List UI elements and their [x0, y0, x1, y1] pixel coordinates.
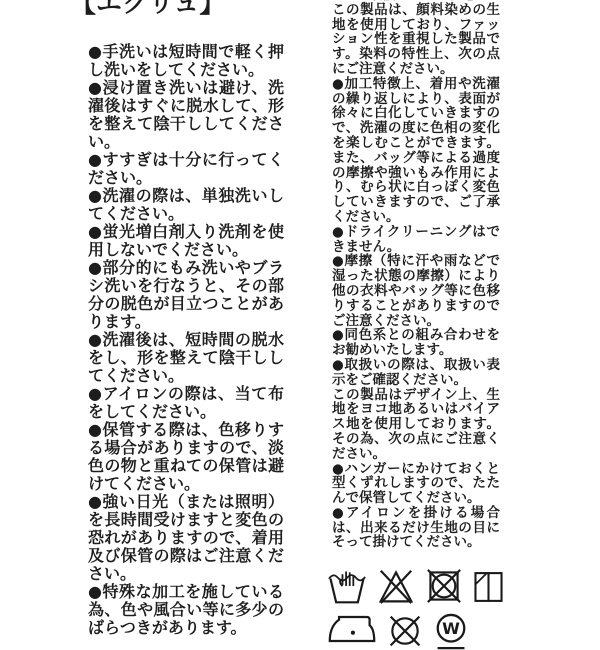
page-title: 【エクリュ】 [70, 0, 270, 20]
laundry-care-symbols: W [327, 567, 505, 650]
wet-cleaning-icon: W [433, 612, 469, 650]
hand-wash-icon [327, 567, 367, 605]
note-item: ●加工特徴上、着用や洗濯の繰り返しにより、表面が徐々に白化していきますので、洗濯… [332, 77, 500, 225]
care-column-left: ●手洗いは短時間で軽く押し洗いをしてください。 ●浸け置き洗いは避け、洗濯後はす… [88, 43, 284, 637]
care-instruction-item: ●アイロンの際は、当て布をしてください。 [88, 385, 284, 421]
care-instruction-item: ●蛍光増白剤入り洗剤を使用しないでください。 [88, 223, 284, 259]
note-item: ●ハンガーにかけておくと型くずれしますので、たたんで保管してください。 [332, 462, 500, 506]
care-instruction-item: ●強い日光（または照明）を長時間受けますと変色の恐れがありますので、着用及び保管… [88, 493, 284, 583]
svg-text:W: W [442, 619, 460, 638]
care-instruction-item: ●すすぎは十分に行ってください。 [88, 151, 284, 187]
note-item: ●ドライクリーニングはできません。 [332, 225, 500, 255]
do-not-bleach-icon [376, 567, 416, 605]
care-instruction-item: ●特殊な加工を施している為、色や風合い等に多少のばらつきがあります。 [88, 583, 284, 637]
do-not-dry-clean-icon [386, 612, 424, 650]
note-item: ●同色系との組み合わせをお勧めいたします。 [332, 328, 500, 358]
care-instruction-item: ●部分的にもみ洗いやブラシ洗いを行なうと、その部分の脱色が目立つことがあります。 [88, 259, 284, 331]
note-item: ●摩擦（特に汗や雨などで湿った状態の摩擦）により他の衣料やバッグ等に色移りするこ… [332, 254, 500, 328]
care-instruction-item: ●手洗いは短時間で軽く押し洗いをしてください。 [88, 43, 284, 79]
note-item: ●アイロンを掛ける場合は、出来るだけ生地の目にそって掛けてください。 [332, 506, 500, 550]
care-symbols-row-1 [327, 567, 505, 605]
iron-low-heat-icon [327, 612, 377, 646]
notes-column-right: お取扱い上のご注意 この製品は、顔料染めの生地を使用しており、ファッション性を重… [332, 0, 500, 550]
shade-line-dry-icon [472, 569, 505, 605]
care-instruction-item: ●保管する際は、色移りする場合がありますので、淡色の物と重ねての保管は避けてくだ… [88, 421, 284, 493]
do-not-tumble-dry-icon [425, 567, 463, 605]
care-instruction-item: ●浸け置き洗いは避け、洗濯後はすぐに脱水して、形を整えて陰干ししてください。 [88, 79, 284, 151]
care-instructions-page: 【エクリュ】 ●手洗いは短時間で軽く押し洗いをしてください。 ●浸け置き洗いは避… [0, 0, 600, 650]
note-item: この製品は、顔料染めの生地を使用しており、ファッション性を重視した製品です。染料… [332, 3, 500, 77]
care-instruction-item: ●洗濯の際は、単独洗いしてください。 [88, 187, 284, 223]
note-item: この製品はデザイン上、生地をヨコ地あるいはバイアス地を使用しております。その為、… [332, 388, 500, 462]
care-symbols-row-2: W [327, 612, 505, 650]
note-item: ●取扱いの際は、取扱い表示をご確認ください。 [332, 358, 500, 388]
care-instruction-item: ●洗濯後は、短時間の脱水をし、形を整えて陰干ししてください。 [88, 331, 284, 385]
